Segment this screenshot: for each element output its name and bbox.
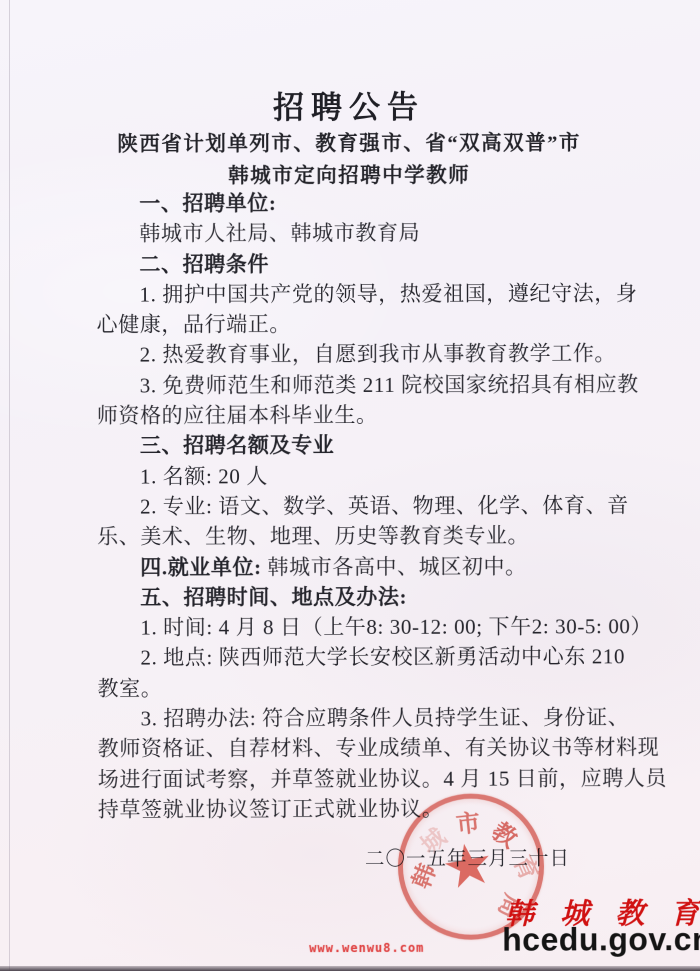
body-line: 2. 地点: 陕西师范大学长安校区新勇活动中心东 210 (97, 642, 615, 674)
scan-edge-bottom (0, 966, 700, 971)
section-heading: 五、招聘时间、地点及办法: (97, 581, 615, 613)
document-subtitle-2: 韩城市定向招聘中学教师 (0, 157, 699, 189)
body-line: 1. 名额: 20 人 (97, 460, 615, 492)
watermark-url: www.wenwu8.com (309, 941, 424, 955)
body-line: 师资格的应往届本科毕业生。 (97, 399, 615, 431)
body-line: 2. 热爱教育事业，自愿到我市从事教育教学工作。 (97, 339, 615, 371)
body-line: 心健康，品行端正。 (97, 308, 615, 340)
body-line: 3. 免费师范生和师范类 211 院校国家统招具有相应教 (97, 369, 615, 401)
scanned-document-page: 招聘公告 陕西省计划单列市、教育强市、省“双高双普”市 韩城市定向招聘中学教师 … (0, 0, 700, 971)
body-line: 3. 招聘办法: 符合应聘条件人员持学生证、身份证、 (98, 702, 616, 734)
body-line: 场进行面试考察，并草签就业协议。4 月 15 日前，应聘人员 (98, 763, 616, 795)
document-body: 一、招聘单位: 韩城市人社局、韩城市教育局 二、招聘条件 1. 拥护中国共产党的… (96, 187, 616, 825)
document-date: 二〇一五年三月三十日 (365, 842, 570, 871)
section-heading: 一、招聘单位: (96, 187, 614, 219)
body-line: 教师资格证、自荐材料、专业成绩单、有关协议书等材料现 (98, 733, 616, 765)
body-line: 韩城市人社局、韩城市教育局 (96, 218, 614, 250)
body-line: 持草签就业协议签订正式就业协议。 (98, 793, 616, 825)
body-line: 1. 时间: 4 月 8 日（上午8: 30-12: 00; 下午2: 30-5… (97, 611, 615, 643)
site-url: hcedu.gov.cn (502, 921, 700, 959)
document-subtitle-1: 陕西省计划单列市、教育强市、省“双高双普”市 (0, 125, 699, 157)
document-content: 招聘公告 陕西省计划单列市、教育强市、省“双高双普”市 韩城市定向招聘中学教师 … (0, 0, 700, 971)
section-heading: 二、招聘条件 (96, 248, 614, 280)
section-heading: 四.就业单位: 韩城市各高中、城区初中。 (97, 551, 615, 583)
body-line: 2. 专业: 语文、数学、英语、物理、化学、体育、音 (97, 490, 615, 522)
document-title: 招聘公告 (0, 81, 699, 128)
body-line: 1. 拥护中国共产党的领导，热爱祖国，遵纪守法，身 (96, 278, 614, 310)
body-line: 乐、美术、生物、地理、历史等教育类专业。 (97, 521, 615, 553)
section-heading: 三、招聘名额及专业 (97, 430, 615, 462)
body-line: 教室。 (97, 672, 615, 704)
